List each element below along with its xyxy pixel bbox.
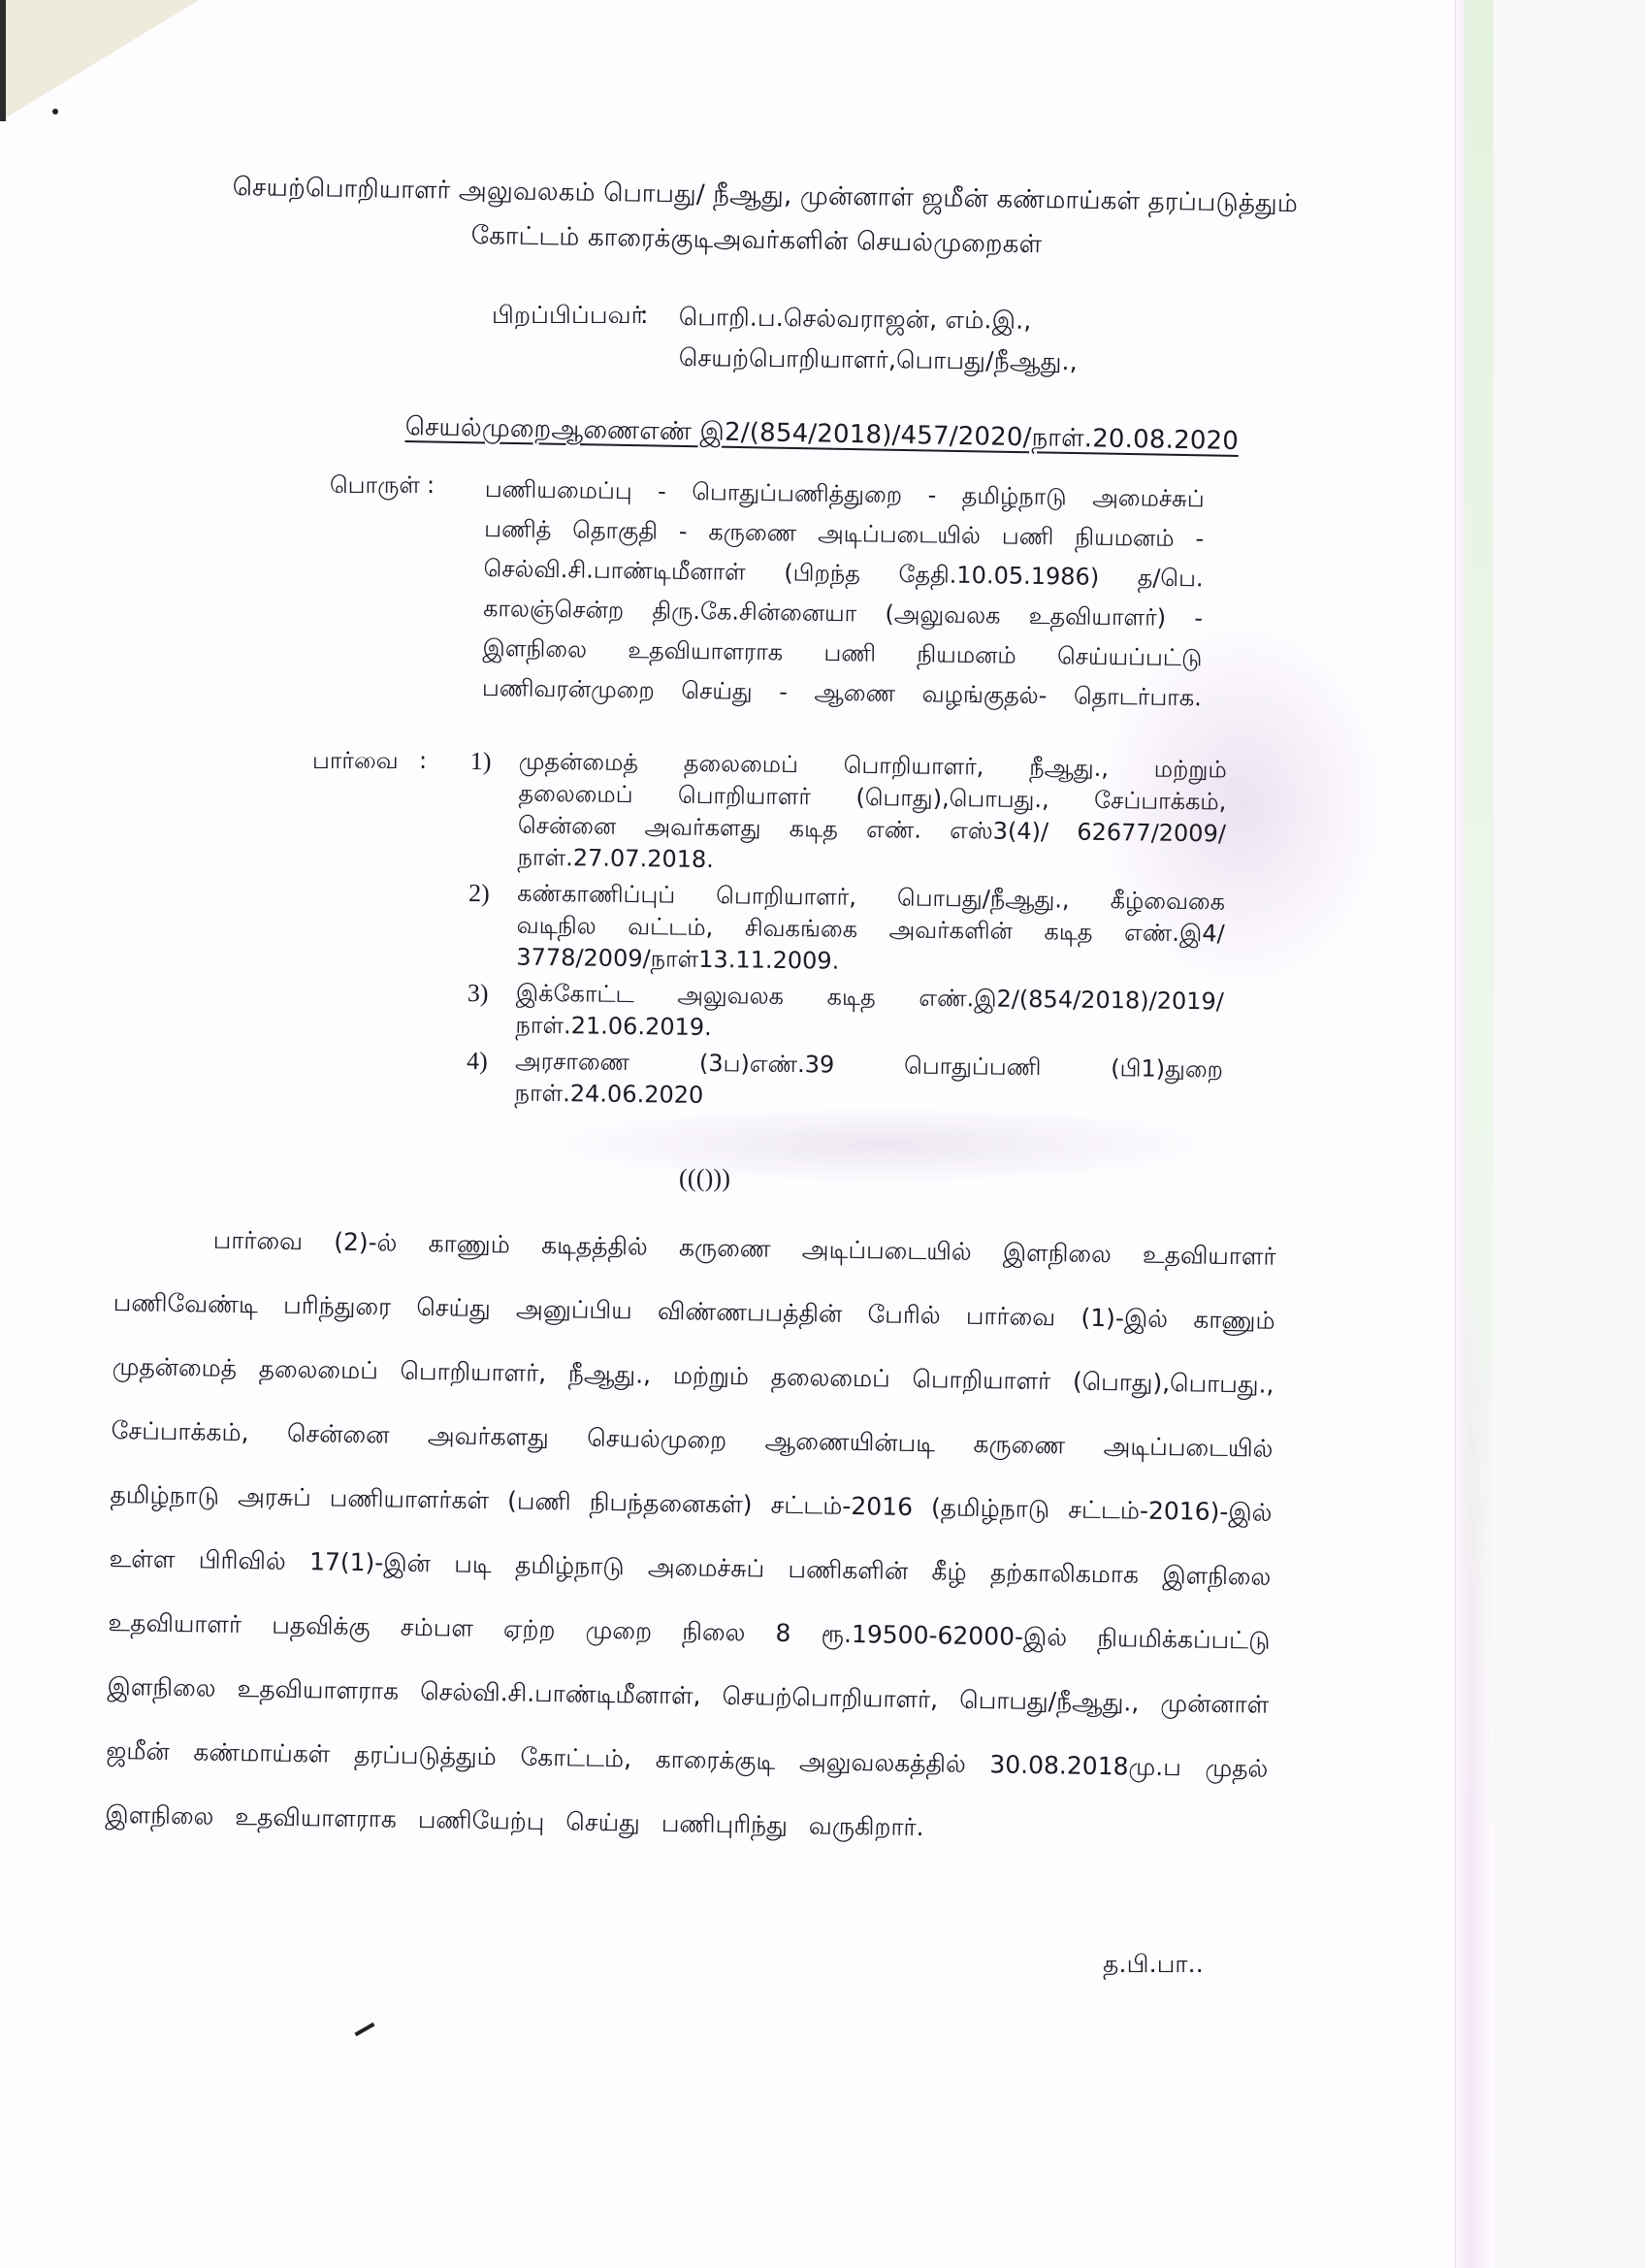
word: 62677/2009/ — [1077, 819, 1226, 853]
word: சிவகங்கை — [745, 914, 858, 947]
word: ஏற்ற — [502, 1614, 556, 1679]
word: பொறியாளர், — [716, 882, 856, 916]
word: காணும் — [1193, 1305, 1275, 1370]
word: பணியமைப்பு — [484, 475, 631, 517]
word: அடிப்படையில் — [801, 1235, 972, 1302]
word: சம்பள — [400, 1613, 473, 1678]
word: பார்வை — [965, 1302, 1055, 1367]
word: பேரில் — [867, 1300, 941, 1365]
word: வடிநில — [517, 912, 597, 945]
word: பொறியாளர், — [400, 1357, 547, 1423]
word: பிரிவில் — [198, 1545, 286, 1610]
word: (பணி — [506, 1486, 571, 1551]
references-list: 1)முதன்மைத்தலைமைப்பொறியாளர்,நீஆது.,மற்று… — [466, 747, 1227, 1124]
word: அடிப்படையில் — [818, 520, 981, 562]
word: வட்டம், — [628, 913, 714, 946]
word: உதவியாளராக — [237, 1674, 399, 1741]
word: அவர்களது — [427, 1421, 549, 1487]
word: சேப்பாக்கம், — [111, 1416, 249, 1482]
reference-number: 4) — [467, 1047, 488, 1076]
word: செய்து — [416, 1293, 491, 1358]
word: அவர்களின் — [888, 916, 1013, 950]
word: தலைமைப் — [258, 1354, 378, 1420]
word: பொதுப்பணித்துறை — [692, 478, 902, 521]
reference-number: 3) — [468, 979, 489, 1008]
word: பொறியாளர் — [912, 1365, 1051, 1431]
scan-shadow-edge — [0, 0, 6, 121]
word: 30.08.2018மு.ப — [989, 1750, 1181, 1817]
word: சட்டம்-2016)-இல் — [1067, 1495, 1272, 1562]
word: உதவியாளராக — [628, 636, 783, 678]
word: முன்னாள் — [1160, 1689, 1270, 1755]
word: தொகுதி — [572, 516, 658, 557]
word: திரு.கே.சின்னையா — [652, 597, 856, 639]
section-separator: ((())) — [679, 1164, 730, 1193]
word: தரப்படுத்தும் — [353, 1740, 497, 1806]
issuer-name: பொறி.ப.செல்வராஜன், எம்.இ., — [679, 303, 1032, 339]
word: உதவியாளர்) — [1028, 602, 1166, 644]
word: நியமனம் — [1075, 524, 1175, 565]
word: கருணை — [678, 1233, 771, 1298]
word: விண்ணபபத்தின் — [657, 1297, 842, 1364]
word: செல்வி.சி.பாண்டிமீனாள், — [419, 1677, 700, 1746]
word: தமிழ்நாடு — [514, 1551, 624, 1617]
word: - — [678, 518, 687, 558]
word: பொதுப்பணி — [904, 1052, 1042, 1085]
word: தொடர்பாக. — [1074, 682, 1202, 724]
word: கண்காணிப்புப் — [517, 880, 675, 914]
word: கோட்டம், — [520, 1743, 632, 1809]
reference-number: 2) — [468, 879, 490, 908]
word: கீழ் — [931, 1557, 967, 1622]
word: தலைமைப் — [518, 780, 633, 813]
word: கருணை — [708, 518, 796, 559]
word: கடித — [826, 984, 875, 1017]
word: பதவிக்கு — [271, 1611, 370, 1677]
word: செயல்முறை — [586, 1424, 726, 1490]
word: பொறியாளர், — [844, 752, 984, 786]
word: உதவியாளராக — [235, 1802, 397, 1869]
folded-corner — [0, 0, 199, 121]
subject-text: பணியமைப்பு-பொதுப்பணித்துறை-தமிழ்நாடுஅமைச… — [482, 475, 1205, 724]
word: நாள்.21.06.2019. — [515, 1012, 712, 1046]
word: காணும் — [428, 1229, 510, 1294]
word: (தமிழ்நாடு — [930, 1493, 1049, 1559]
word: ஆணையின்படி — [764, 1427, 936, 1494]
word: செய்து — [565, 1807, 640, 1872]
word: தற்காலிகமாக — [989, 1558, 1139, 1624]
word: (அலுவலக — [885, 600, 1001, 642]
issuer-designation: செயற்பொறியாளர்,பொபது/நீஆது., — [679, 343, 1078, 379]
word: அலுவலகத்தில் — [798, 1747, 966, 1814]
word: ஜமீன் — [106, 1736, 170, 1801]
word: பார்வை — [212, 1226, 303, 1291]
word: நிபந்தனைகள்) — [589, 1488, 753, 1555]
word: செய்து — [681, 677, 753, 718]
issuer-colon: : — [640, 301, 649, 329]
word: எண். — [866, 816, 921, 849]
word: நீஆது., — [1029, 754, 1109, 787]
word: பணியேற்பு — [417, 1805, 545, 1871]
word: அவர்களது — [644, 813, 760, 846]
word: அமைச்சுப் — [1092, 484, 1205, 526]
word: ரூ.19500-62000-இல் — [821, 1619, 1068, 1687]
word: முதன்மைத் — [112, 1352, 237, 1418]
word: பணிபுரிந்து — [661, 1809, 788, 1875]
body-paragraph: பார்வை(2)-ல்காணும்கடிதத்தில்கருணைஅடிப்பட… — [105, 1224, 1276, 1883]
word: (பொது),பொபது., — [855, 784, 1049, 818]
word: இளநிலை — [105, 1800, 214, 1866]
reference-number: 1) — [470, 747, 492, 776]
word: சென்னை — [286, 1419, 389, 1485]
word: அரசுப் — [237, 1482, 311, 1547]
word: (பி1)துறை — [1111, 1054, 1223, 1087]
word: த/பெ. — [1137, 564, 1203, 604]
word: தேதி.10.05.1986) — [898, 561, 1099, 603]
word: 17(1)-இன் — [308, 1547, 431, 1613]
word: முதல் — [1205, 1754, 1269, 1819]
word: மற்றும் — [672, 1361, 749, 1426]
word: (பிறந்த — [784, 559, 860, 599]
word: (1)-இல் — [1081, 1304, 1169, 1369]
word: காரைக்குடி — [655, 1745, 776, 1811]
word: இளநிலை — [482, 634, 587, 675]
speck — [52, 109, 58, 114]
word: உதவியாளர் — [108, 1608, 242, 1674]
word: இளநிலை — [1002, 1238, 1112, 1304]
references-label: பார்வை — [312, 747, 399, 777]
word: கருணை — [973, 1430, 1066, 1495]
word: நாள்.27.07.2018. — [517, 844, 714, 878]
word: (3ப)எண்.39 — [699, 1050, 835, 1084]
word: பரிந்துரை — [282, 1291, 391, 1357]
word: கீழ்வைகை — [1110, 887, 1225, 920]
word: - — [927, 481, 936, 521]
word: சென்னை — [518, 812, 617, 845]
word: பொபது/நீஆது., — [958, 1686, 1139, 1753]
word: நீஆது., — [567, 1359, 651, 1424]
word: செய்யப்பட்டு — [1057, 642, 1203, 684]
word: எஸ்3(4)/ — [950, 817, 1048, 850]
word: தலைமைப் — [684, 750, 799, 783]
reference-item: 2)கண்காணிப்புப்பொறியாளர்,பொபது/நீஆது.,கீ… — [468, 879, 1225, 985]
word: பணி — [823, 639, 876, 680]
reference-item: 4)அரசாணை(3ப)எண்.39பொதுப்பணி(பி1)துறைநாள்… — [466, 1047, 1223, 1120]
references-colon: : — [419, 747, 427, 774]
issuer-label: பிறப்பிப்பவர் — [492, 301, 644, 333]
word: முறை — [585, 1616, 652, 1681]
word: பணியாளர்கள் — [329, 1484, 489, 1551]
word: நிலை — [681, 1617, 745, 1682]
word: - — [1195, 525, 1204, 565]
word: கடித — [790, 815, 838, 848]
subject-label: பொருள் — [330, 471, 420, 502]
word: இளநிலை — [107, 1672, 216, 1738]
word: - — [1194, 604, 1203, 644]
word: 3778/2009/நாள்13.11.2009. — [516, 944, 839, 980]
word: தமிழ்நாடு — [110, 1480, 219, 1546]
word: சட்டம்-2016 — [770, 1491, 913, 1557]
word: அலுவலக — [677, 982, 784, 1015]
word: வருகிறார். — [808, 1811, 924, 1877]
word: செல்வி.சி.பாண்டிமீனாள் — [483, 555, 746, 599]
word: பணி — [1001, 522, 1053, 563]
word: மற்றும் — [1154, 756, 1227, 789]
word: கடித — [1044, 918, 1092, 951]
word: 8 — [775, 1619, 791, 1683]
stacked-page-edge-green — [1465, 0, 1494, 1843]
please-turn-over: த.பி.பா.. — [1103, 1950, 1204, 1982]
word: முதன்மைத் — [519, 748, 639, 782]
word: ஆணை — [814, 679, 895, 720]
word: தமிழ்நாடு — [961, 482, 1066, 524]
reference-item: 1)முதன்மைத்தலைமைப்பொறியாளர்,நீஆது.,மற்று… — [468, 747, 1227, 885]
word: நியமனம் — [917, 640, 1016, 681]
reference-item: 3)இக்கோட்டஅலுவலககடிதஎண்.இ2/(854/2018)/20… — [467, 979, 1224, 1053]
word: பொறியாளர் — [678, 782, 811, 816]
word: உதவியாளர் — [1142, 1241, 1276, 1307]
word: கண்மாய்கள் — [193, 1737, 331, 1803]
word: இக்கோட்ட — [516, 980, 634, 1013]
subject-colon: : — [427, 471, 435, 499]
word: கடிதத்தில் — [540, 1231, 648, 1297]
word: - — [779, 678, 788, 718]
word: அரசாணை — [515, 1048, 630, 1081]
word: பணிவரன்முறை — [482, 674, 655, 716]
word: இளநிலை — [1162, 1561, 1272, 1627]
word: அமைச்சுப் — [647, 1553, 764, 1619]
word: - — [658, 477, 666, 517]
word: எண்.இ4/ — [1124, 919, 1225, 952]
background-sheet — [1494, 0, 1645, 2268]
word: எண்.இ2/(854/2018)/2019/ — [919, 985, 1224, 1021]
word: (2)-ல் — [333, 1228, 397, 1293]
word: நியமிக்கப்பட்டு — [1096, 1624, 1270, 1691]
word: (பொது),பொபது., — [1072, 1368, 1274, 1435]
word: அடிப்படையில் — [1103, 1432, 1274, 1499]
word: படி — [453, 1550, 492, 1615]
word: அனுப்பிய — [515, 1295, 632, 1361]
word: சேப்பாக்கம், — [1094, 787, 1227, 821]
word: பணித் — [484, 515, 552, 556]
word: வழங்குதல்- — [921, 680, 1047, 722]
word: நாள்.24.06.2020 — [514, 1080, 703, 1114]
word: தலைமைப் — [770, 1363, 890, 1429]
word: பணிகளின் — [788, 1555, 909, 1621]
word: உள்ள — [109, 1544, 176, 1609]
word: செயற்பொறியாளர், — [722, 1682, 938, 1749]
word: பணிவேண்டி — [113, 1288, 258, 1354]
word: பொபது/நீஆது., — [897, 884, 1070, 918]
word: காலஞ்சென்ற — [483, 595, 625, 636]
